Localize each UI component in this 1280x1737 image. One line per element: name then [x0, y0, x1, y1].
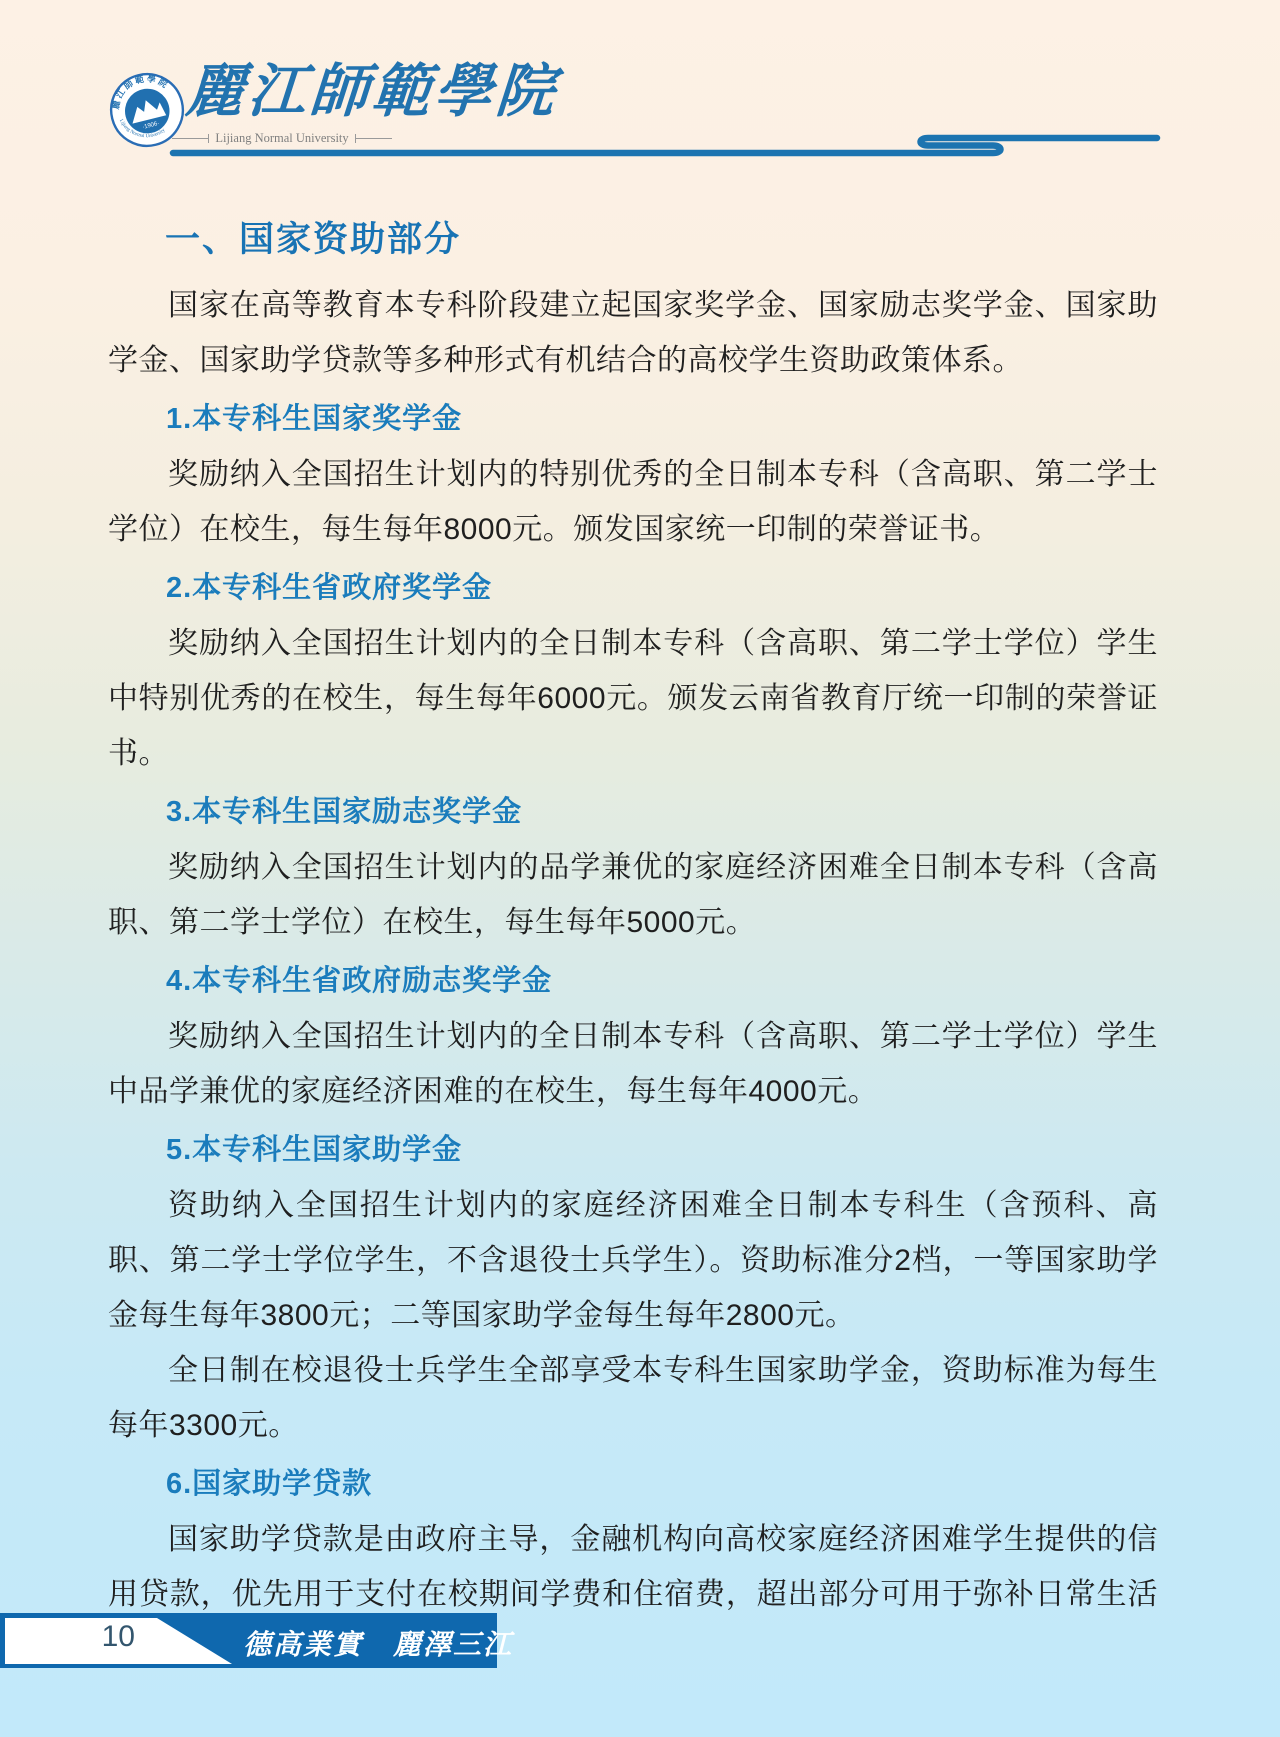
- cloud-scroll-line: [173, 138, 1157, 153]
- intro-paragraph: 国家在高等教育本专科阶段建立起国家奖学金、国家励志奖学金、国家助学金、国家助学贷…: [108, 278, 1158, 388]
- section-heading-3: 3.本专科生国家励志奖学金: [108, 785, 1158, 840]
- page-title: 一、国家资助部分: [165, 210, 1158, 270]
- main-content: 一、国家资助部分 国家在高等教育本专科阶段建立起国家奖学金、国家励志奖学金、国家…: [108, 198, 1158, 1677]
- section-heading-4: 4.本专科生省政府励志奖学金: [108, 954, 1158, 1009]
- section-5-paragraph-2: 全日制在校退役士兵学生全部享受本专科生国家助学金，资助标准为每生每年3300元。: [108, 1343, 1158, 1453]
- handbook-page: { "header": { "university_cn": "麗江師範學院",…: [0, 0, 1280, 1737]
- section-3-paragraph: 奖励纳入全国招生计划内的品学兼优的家庭经济困难全日制本专科（含高职、第二学士学位…: [108, 840, 1158, 950]
- section-heading-5: 5.本专科生国家助学金: [108, 1123, 1158, 1178]
- page-header: 麗江師範學院 Lijiang Normal University ·1906· …: [0, 0, 1280, 180]
- university-name-cn: 麗江師範學院: [184, 58, 619, 124]
- school-motto: 德高業實 麗澤三江: [243, 1623, 493, 1663]
- section-1-paragraph: 奖励纳入全国招生计划内的特别优秀的全日制本专科（含高职、第二学士学位）在校生，每…: [108, 447, 1158, 557]
- page-number: 10: [0, 1620, 135, 1654]
- section-heading-1: 1.本专科生国家奖学金: [108, 392, 1158, 447]
- section-heading-6: 6.国家助学贷款: [108, 1457, 1158, 1512]
- footer-bar: 10 德高業實 麗澤三江: [0, 1613, 497, 1668]
- section-2-paragraph: 奖励纳入全国招生计划内的全日制本专科（含高职、第二学士学位）学生中特别优秀的在校…: [108, 616, 1158, 781]
- section-heading-2: 2.本专科生省政府奖学金: [108, 561, 1158, 616]
- section-4-paragraph: 奖励纳入全国招生计划内的全日制本专科（含高职、第二学士学位）学生中品学兼优的家庭…: [108, 1009, 1158, 1119]
- section-5-paragraph-1: 资助纳入全国招生计划内的家庭经济困难全日制本专科生（含预科、高职、第二学士学位学…: [108, 1178, 1158, 1343]
- header-decorative-line: [0, 130, 1200, 162]
